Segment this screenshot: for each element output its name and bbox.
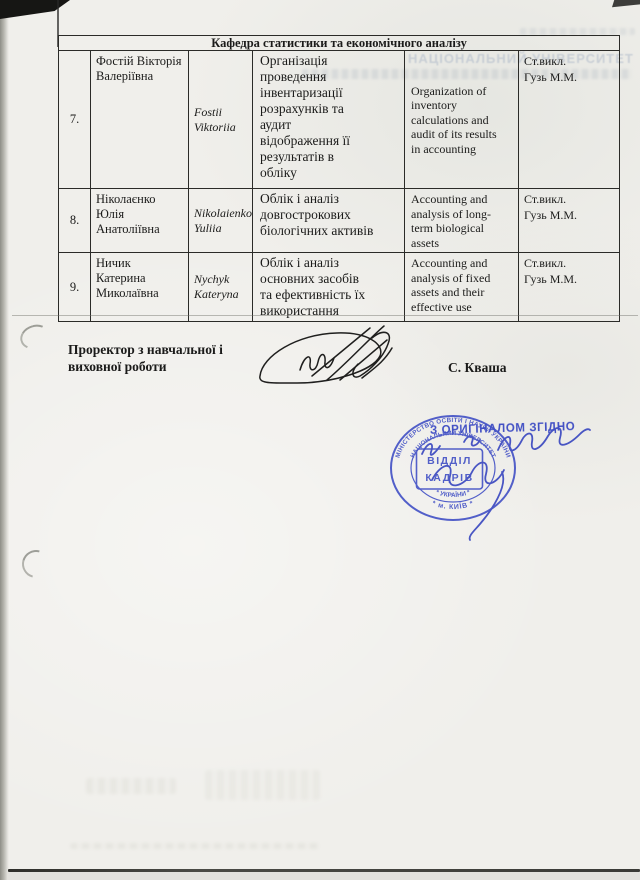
table-row: 9. Ничик Катерина Миколаївна Nychyk Kate…	[59, 253, 620, 322]
thesis-assignment-table: Кафедра статистики та економічного аналі…	[58, 35, 620, 322]
scanner-corner-artifact-top-right	[612, 0, 640, 8]
student-name-translit: Nikolaienko Yuliia	[189, 189, 253, 253]
student-name-ua: Ничик Катерина Миколаївна	[91, 253, 189, 322]
thesis-topic-ua: Облік і аналіз основних засобів та ефект…	[253, 253, 405, 322]
handwritten-signature-black	[252, 318, 402, 398]
thesis-topic-ua: Облік і аналіз довгострокових біологічни…	[253, 189, 405, 253]
stamp-center-line1: ВІДДІЛ	[427, 455, 472, 467]
student-name-ua: Фостій Вікторія Валеріївна	[91, 51, 189, 189]
department-header: Кафедра статистики та економічного аналі…	[59, 36, 620, 51]
student-name-ua: Ніколаєнко Юлія Анатоліївна	[91, 189, 189, 253]
thesis-topic-en: Accounting and analysis of fixed assets …	[405, 253, 519, 322]
scanned-document-page: НАЦІОНАЛЬНИЙ УНІВЕРСИТЕТ Кафедра статист…	[0, 0, 640, 880]
student-name-translit: Nychyk Kateryna	[189, 253, 253, 322]
stamp-ring-inner-bottom-text: * УКРАЇНИ *	[435, 489, 472, 499]
student-name-translit: Fostii Viktoriia	[189, 51, 253, 189]
supervisor: Ст.викл. Гузь М.М.	[519, 253, 620, 322]
row-number: 9.	[59, 253, 91, 322]
thesis-topic-ua: Організація проведення інвентаризації ро…	[253, 51, 405, 189]
paper-edge-left	[0, 0, 9, 880]
approver-name: С. Кваша	[448, 360, 506, 376]
punch-hole-shadow	[17, 545, 55, 583]
bleed-through-smudge	[86, 778, 176, 794]
scanner-corner-artifact-top-left	[0, 0, 70, 20]
table-header-row: Кафедра статистики та економічного аналі…	[59, 36, 620, 51]
row-number: 7.	[59, 51, 91, 189]
row-number: 8.	[59, 189, 91, 253]
approver-title: Проректор з навчальної і виховної роботи	[68, 341, 223, 375]
table-row: 8. Ніколаєнко Юлія Анатоліївна Nikolaien…	[59, 189, 620, 253]
bleed-through-smudge	[70, 843, 320, 849]
pasted-sheet-edge-line	[12, 315, 638, 316]
bleed-through-smudge	[205, 770, 320, 800]
bleed-through-band	[520, 28, 635, 35]
thesis-topic-en: Accounting and analysis of long- term bi…	[405, 189, 519, 253]
punch-hole-shadow	[17, 321, 53, 353]
scanner-background-bottom	[8, 872, 640, 880]
table-row: 7. Фостій Вікторія Валеріївна Fostii Vik…	[59, 51, 620, 189]
thesis-topic-en: Organization of inventory calculations a…	[405, 51, 519, 189]
supervisor: Ст.викл. Гузь М.М.	[519, 189, 620, 253]
supervisor: Ст.викл. Гузь М.М.	[519, 51, 620, 189]
